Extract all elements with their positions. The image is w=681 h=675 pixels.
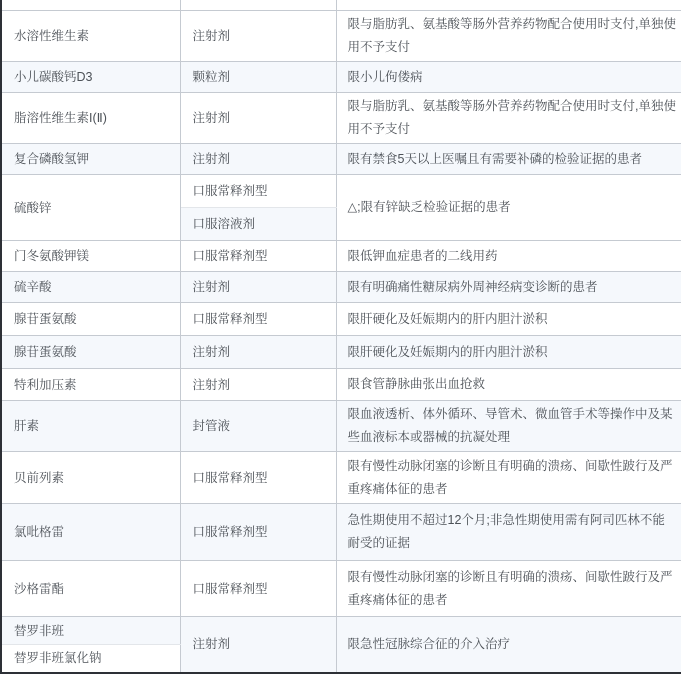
table-row: 沙格雷酯 口服常释剂型 限有慢性动脉闭塞的诊断且有明确的溃疡、间歇性跛行及严重疼… <box>1 561 681 617</box>
restriction-note-cell: 限小儿佝偻病 <box>336 62 681 93</box>
drug-name-cell: 特利加压素 <box>1 369 180 401</box>
restriction-table: 水溶性维生素 注射剂 限与脂肪乳、氨基酸等肠外营养药物配合使用时支付,单独使用不… <box>0 0 681 674</box>
dosage-form-cell: 注射剂 <box>180 336 336 369</box>
drug-name-cell: 贝前列素 <box>1 452 180 504</box>
table-row: 贝前列素 口服常释剂型 限有慢性动脉闭塞的诊断且有明确的溃疡、间歇性跛行及严重疼… <box>1 452 681 504</box>
restriction-note-cell: 限急性冠脉综合征的介入治疗 <box>336 617 681 673</box>
restriction-note-cell: 限肝硬化及妊娠期内的肝内胆汁淤积 <box>336 303 681 336</box>
partial-row-cell <box>1 0 180 11</box>
table-row: 肝素 封管液 限血液透析、体外循环、导管术、微血管手术等操作中及某些血液标本或器… <box>1 401 681 452</box>
table-row: 脂溶性维生素I(Ⅱ) 注射剂 限与脂肪乳、氨基酸等肠外营养药物配合使用时支付,单… <box>1 93 681 144</box>
drug-name-cell: 硫辛酸 <box>1 272 180 303</box>
table-row: 腺苷蛋氨酸 注射剂 限肝硬化及妊娠期内的肝内胆汁淤积 <box>1 336 681 369</box>
restriction-note-cell: 限有慢性动脉闭塞的诊断且有明确的溃疡、间歇性跛行及严重疼痛体征的患者 <box>336 452 681 504</box>
dosage-form-cell: 口服溶液剂 <box>180 208 336 241</box>
table-row: 替罗非班 注射剂 限急性冠脉综合征的介入治疗 <box>1 617 681 645</box>
table-row: 氯吡格雷 口服常释剂型 急性期使用不超过12个月;非急性期使用需有阿司匹林不能耐… <box>1 504 681 561</box>
table-row: 门冬氨酸钾镁 口服常释剂型 限低钾血症患者的二线用药 <box>1 241 681 272</box>
drug-name-cell: 脂溶性维生素I(Ⅱ) <box>1 93 180 144</box>
restriction-note-cell: 限与脂肪乳、氨基酸等肠外营养药物配合使用时支付,单独使用不予支付 <box>336 11 681 62</box>
drug-name-cell: 替罗非班氯化钠 <box>1 645 180 673</box>
drug-name-cell: 氯吡格雷 <box>1 504 180 561</box>
partial-row-cell <box>180 0 336 11</box>
dosage-form-cell: 口服常释剂型 <box>180 175 336 208</box>
restriction-note-cell: 限与脂肪乳、氨基酸等肠外营养药物配合使用时支付,单独使用不予支付 <box>336 93 681 144</box>
table-row: 水溶性维生素 注射剂 限与脂肪乳、氨基酸等肠外营养药物配合使用时支付,单独使用不… <box>1 11 681 62</box>
table-row: 小儿碳酸钙D3 颗粒剂 限小儿佝偻病 <box>1 62 681 93</box>
drug-name-cell: 腺苷蛋氨酸 <box>1 303 180 336</box>
dosage-form-cell: 颗粒剂 <box>180 62 336 93</box>
restriction-note-cell: 限肝硬化及妊娠期内的肝内胆汁淤积 <box>336 336 681 369</box>
dosage-form-cell: 注射剂 <box>180 369 336 401</box>
table-row: 硫酸锌 口服常释剂型 △;限有锌缺乏检验证据的患者 <box>1 175 681 208</box>
drug-name-cell: 肝素 <box>1 401 180 452</box>
table-row: 特利加压素 注射剂 限食管静脉曲张出血抢救 <box>1 369 681 401</box>
restriction-note-cell: 限有明确痛性糖尿病外周神经病变诊断的患者 <box>336 272 681 303</box>
dosage-form-cell: 封管液 <box>180 401 336 452</box>
drug-name-cell: 沙格雷酯 <box>1 561 180 617</box>
dosage-form-cell: 口服常释剂型 <box>180 452 336 504</box>
drug-name-cell: 水溶性维生素 <box>1 11 180 62</box>
restriction-note-cell: △;限有锌缺乏检验证据的患者 <box>336 175 681 241</box>
drug-name-cell: 硫酸锌 <box>1 175 180 241</box>
dosage-form-cell: 注射剂 <box>180 11 336 62</box>
partial-top-row <box>1 0 681 11</box>
table-row: 复合磷酸氢钾 注射剂 限有禁食5天以上医嘱且有需要补磷的检验证据的患者 <box>1 144 681 175</box>
drug-name-cell: 腺苷蛋氨酸 <box>1 336 180 369</box>
table-row: 硫辛酸 注射剂 限有明确痛性糖尿病外周神经病变诊断的患者 <box>1 272 681 303</box>
dosage-form-cell: 注射剂 <box>180 144 336 175</box>
table-row: 腺苷蛋氨酸 口服常释剂型 限肝硬化及妊娠期内的肝内胆汁淤积 <box>1 303 681 336</box>
partial-row-cell <box>336 0 681 11</box>
dosage-form-cell: 注射剂 <box>180 617 336 673</box>
restriction-note-cell: 限有慢性动脉闭塞的诊断且有明确的溃疡、间歇性跛行及严重疼痛体征的患者 <box>336 561 681 617</box>
drug-name-cell: 门冬氨酸钾镁 <box>1 241 180 272</box>
drug-name-cell: 复合磷酸氢钾 <box>1 144 180 175</box>
restriction-note-cell: 限低钾血症患者的二线用药 <box>336 241 681 272</box>
drug-name-cell: 替罗非班 <box>1 617 180 645</box>
restriction-note-cell: 急性期使用不超过12个月;非急性期使用需有阿司匹林不能耐受的证据 <box>336 504 681 561</box>
drug-name-cell: 小儿碳酸钙D3 <box>1 62 180 93</box>
restriction-note-cell: 限有禁食5天以上医嘱且有需要补磷的检验证据的患者 <box>336 144 681 175</box>
dosage-form-cell: 注射剂 <box>180 272 336 303</box>
restriction-note-cell: 限食管静脉曲张出血抢救 <box>336 369 681 401</box>
dosage-form-cell: 口服常释剂型 <box>180 241 336 272</box>
dosage-form-cell: 注射剂 <box>180 93 336 144</box>
restriction-note-cell: 限血液透析、体外循环、导管术、微血管手术等操作中及某些血液标本或器械的抗凝处理 <box>336 401 681 452</box>
dosage-form-cell: 口服常释剂型 <box>180 561 336 617</box>
dosage-form-cell: 口服常释剂型 <box>180 504 336 561</box>
dosage-form-cell: 口服常释剂型 <box>180 303 336 336</box>
